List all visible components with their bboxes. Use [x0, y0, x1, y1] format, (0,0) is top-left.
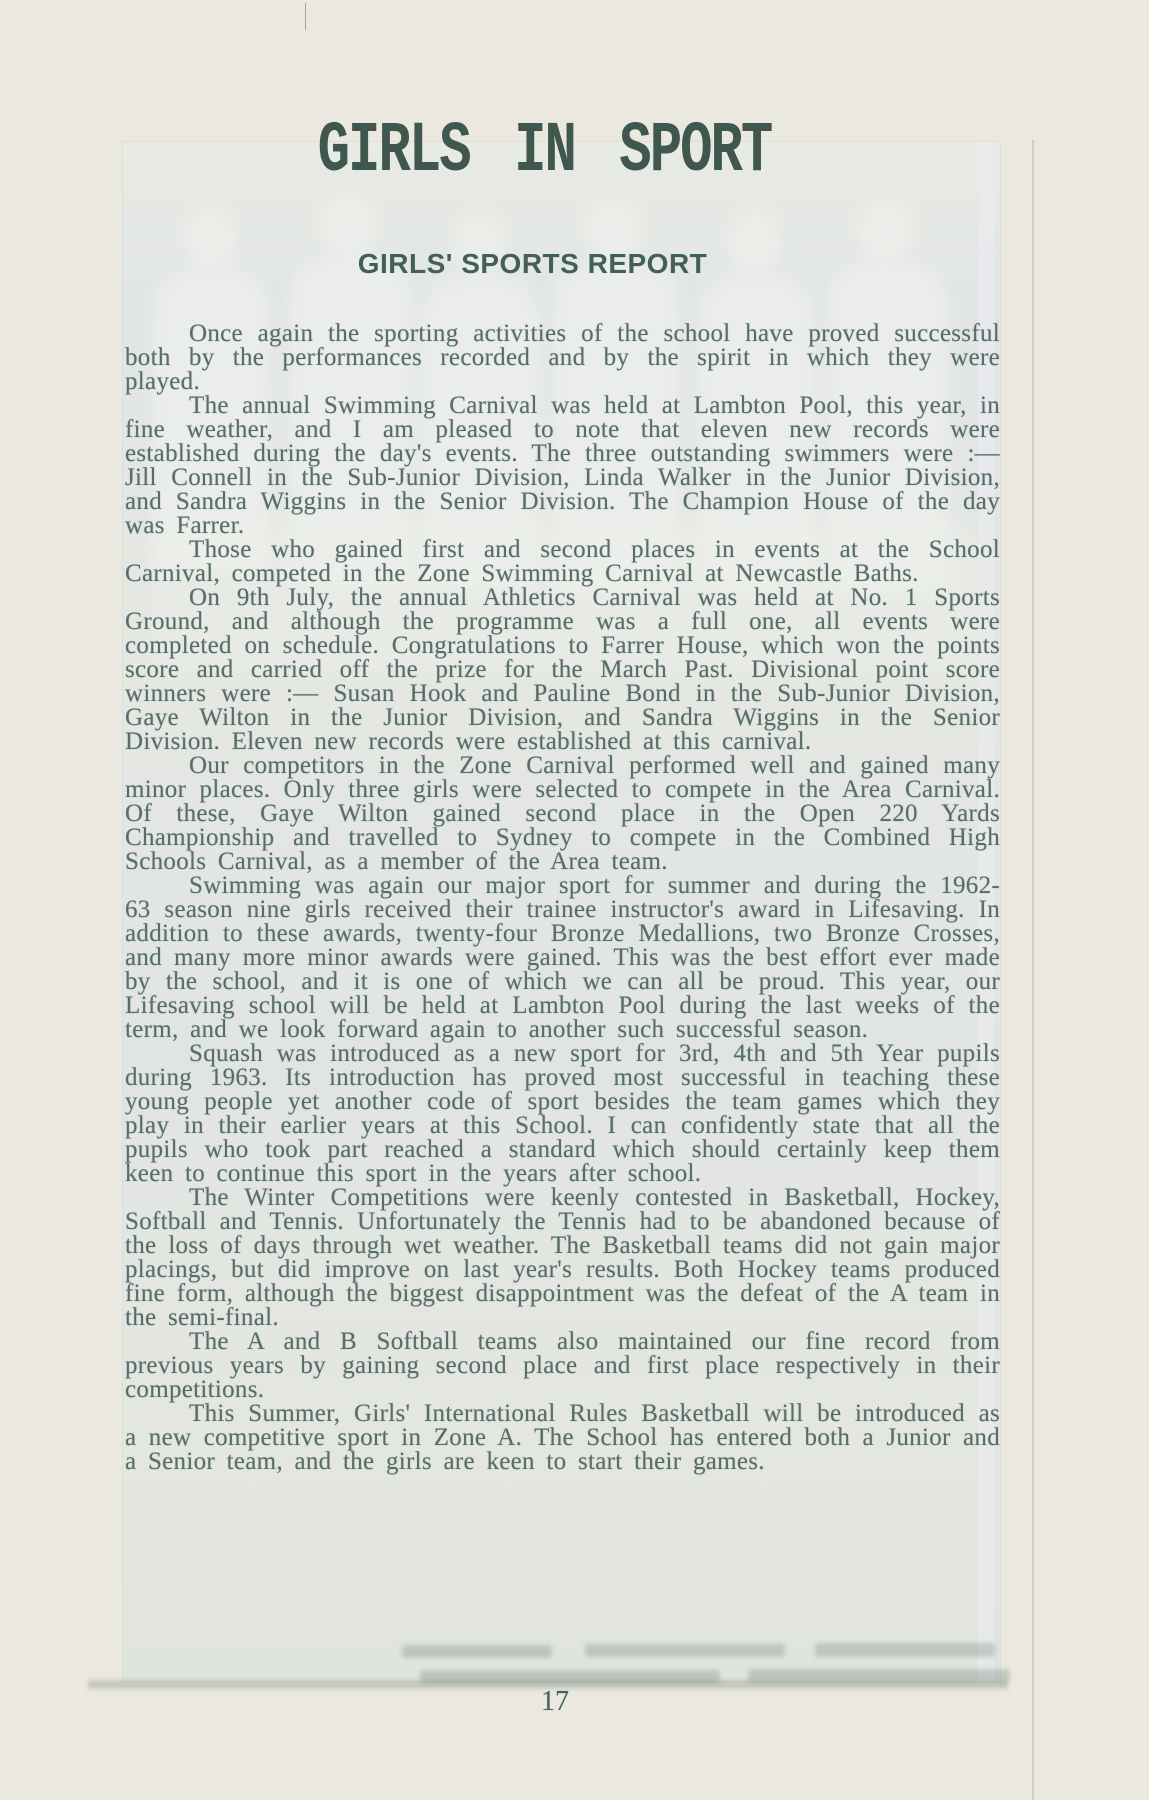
- print-through-smudge: [585, 1644, 785, 1657]
- report-body: Once again the sporting activities of th…: [125, 322, 1000, 1474]
- report-paragraph: Once again the sporting activities of th…: [125, 322, 1000, 394]
- report-paragraph: The annual Swimming Carnival was held at…: [125, 394, 1000, 538]
- report-paragraph: Those who gained first and second places…: [125, 538, 1000, 586]
- page-title: GIRLS IN SPORT: [107, 112, 982, 193]
- print-through-smudge: [815, 1643, 995, 1657]
- report-paragraph: Squash was introduced as a new sport for…: [125, 1042, 1000, 1186]
- scanned-yearbook-page: GIRLS IN SPORT GIRLS' SPORTS REPORT Once…: [0, 0, 1149, 1800]
- section-heading: GIRLS' SPORTS REPORT: [95, 248, 970, 280]
- report-paragraph: Our competitors in the Zone Carnival per…: [125, 754, 1000, 874]
- report-paragraph: The Winter Competitions were keenly cont…: [125, 1186, 1000, 1330]
- report-paragraph: Swimming was again our major sport for s…: [125, 874, 1000, 1042]
- report-paragraph: On 9th July, the annual Athletics Carniv…: [125, 586, 1000, 754]
- report-paragraph: The A and B Softball teams also maintain…: [125, 1330, 1000, 1402]
- page-edge-line: [1032, 140, 1034, 1800]
- scan-artifact-line: [305, 3, 306, 30]
- page-number: 17: [125, 1686, 985, 1718]
- print-through-smudge: [402, 1645, 552, 1658]
- report-paragraph: This Summer, Girls' International Rules …: [125, 1402, 1000, 1474]
